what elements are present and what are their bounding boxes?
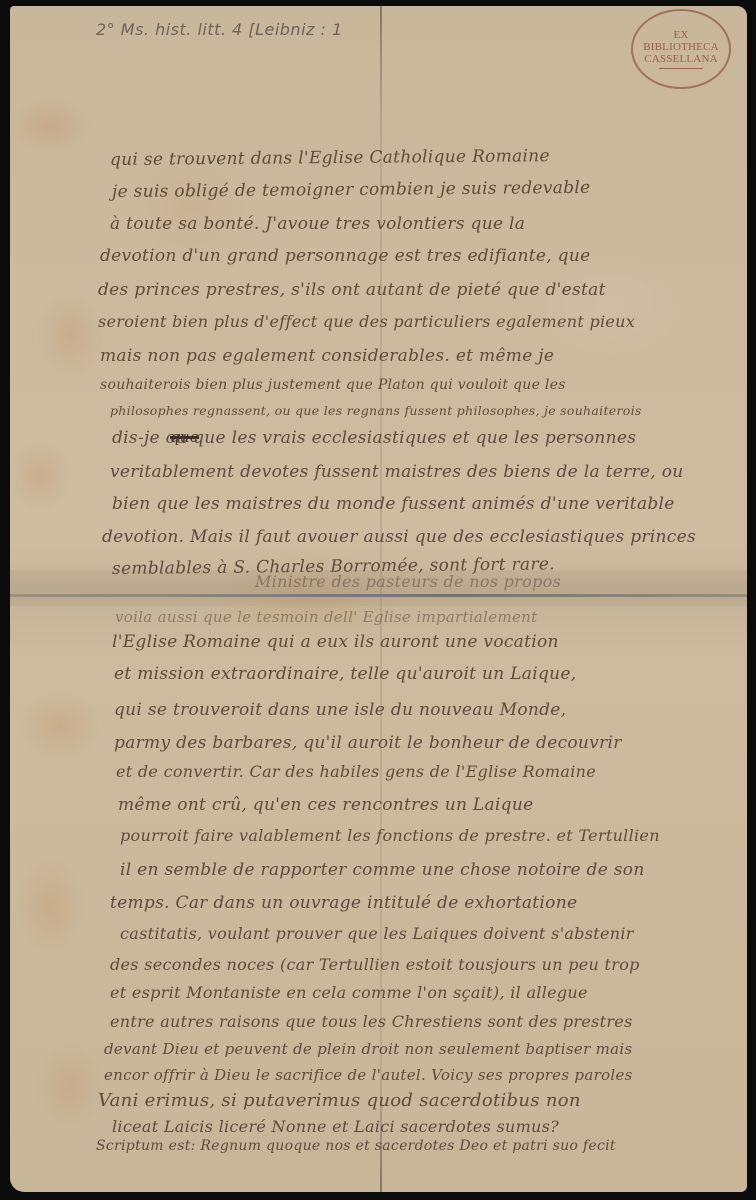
- faint-fold-line: Ministre des pasteurs de nos propos: [255, 572, 561, 591]
- manuscript-line: pourroit faire valablement les fonctions…: [120, 826, 660, 845]
- manuscript-line: devant Dieu et peuvent de plein droit no…: [104, 1040, 632, 1058]
- manuscript-line: Vani erimus, si putaverimus quod sacerdo…: [98, 1090, 581, 1111]
- manuscript-line: et de convertir. Car des habiles gens de…: [116, 762, 596, 781]
- manuscript-line: il en semble de rapporter comme une chos…: [120, 860, 645, 880]
- manuscript-line: devotion. Mais il faut avouer aussi que …: [102, 527, 696, 547]
- manuscript-line: souhaiterois bien plus justement que Pla…: [100, 377, 566, 393]
- stamp-line-2: BIBLIOTHECA: [643, 41, 719, 53]
- horizontal-fold-line: [10, 594, 747, 597]
- manuscript-line: des princes prestres, s'ils ont autant d…: [98, 280, 606, 300]
- manuscript-line: encor offrir à Dieu le sacrifice de l'au…: [104, 1066, 633, 1084]
- manuscript-line: mais non pas egalement considerables. et…: [100, 346, 554, 366]
- manuscript-line: des secondes noces (car Tertullien estoi…: [110, 955, 640, 974]
- manuscript-line: seroient bien plus d'effect que des part…: [98, 312, 635, 331]
- struck-through-word: que: [170, 428, 199, 446]
- shelfmark-annotation: 2° Ms. hist. litt. 4 [Leibniz : 1: [96, 20, 343, 39]
- stamp-line-3: CASSELLANA: [644, 53, 718, 65]
- manuscript-line: parmy des barbares, qu'il auroit le bonh…: [114, 733, 622, 753]
- manuscript-line: je suis obligé de temoigner combien je s…: [112, 178, 591, 202]
- stamp-line-1: EX: [673, 29, 688, 41]
- faint-fold-line: voila aussi que le tesmoin dell' Eglise …: [115, 608, 537, 626]
- manuscript-line: Scriptum est: Regnum quoque nos et sacer…: [96, 1138, 616, 1154]
- manuscript-line: qui se trouveroit dans une isle du nouve…: [114, 700, 566, 720]
- manuscript-line: devotion d'un grand personnage est tres …: [100, 246, 590, 266]
- manuscript-line: veritablement devotes fussent maistres d…: [110, 462, 683, 482]
- manuscript-line: temps. Car dans un ouvrage intitulé de e…: [110, 893, 577, 913]
- manuscript-line: philosophes regnassent, ou que les regna…: [110, 403, 642, 418]
- manuscript-line: et esprit Montaniste en cela comme l'on …: [110, 983, 588, 1002]
- stamp-underline: [659, 68, 703, 69]
- manuscript-line: qui se trouvent dans l'Eglise Catholique…: [110, 146, 550, 170]
- manuscript-line: l'Eglise Romaine qui a eux ils auront un…: [112, 632, 559, 652]
- manuscript-line: liceat Laicis liceré Nonne et Laici sace…: [112, 1117, 559, 1136]
- library-stamp: EX BIBLIOTHECA CASSELLANA: [631, 9, 731, 89]
- manuscript-line: et mission extraordinaire, telle qu'auro…: [114, 664, 576, 684]
- manuscript-line: à toute sa bonté. J'avoue tres volontier…: [110, 214, 525, 234]
- manuscript-line: castitatis, voulant prouver que les Laiq…: [120, 924, 634, 943]
- manuscript-line: même ont crû, qu'en ces rencontres un La…: [118, 795, 533, 815]
- manuscript-line: entre autres raisons que tous les Chrest…: [110, 1012, 633, 1031]
- manuscript-line: bien que les maistres du monde fussent a…: [112, 494, 675, 514]
